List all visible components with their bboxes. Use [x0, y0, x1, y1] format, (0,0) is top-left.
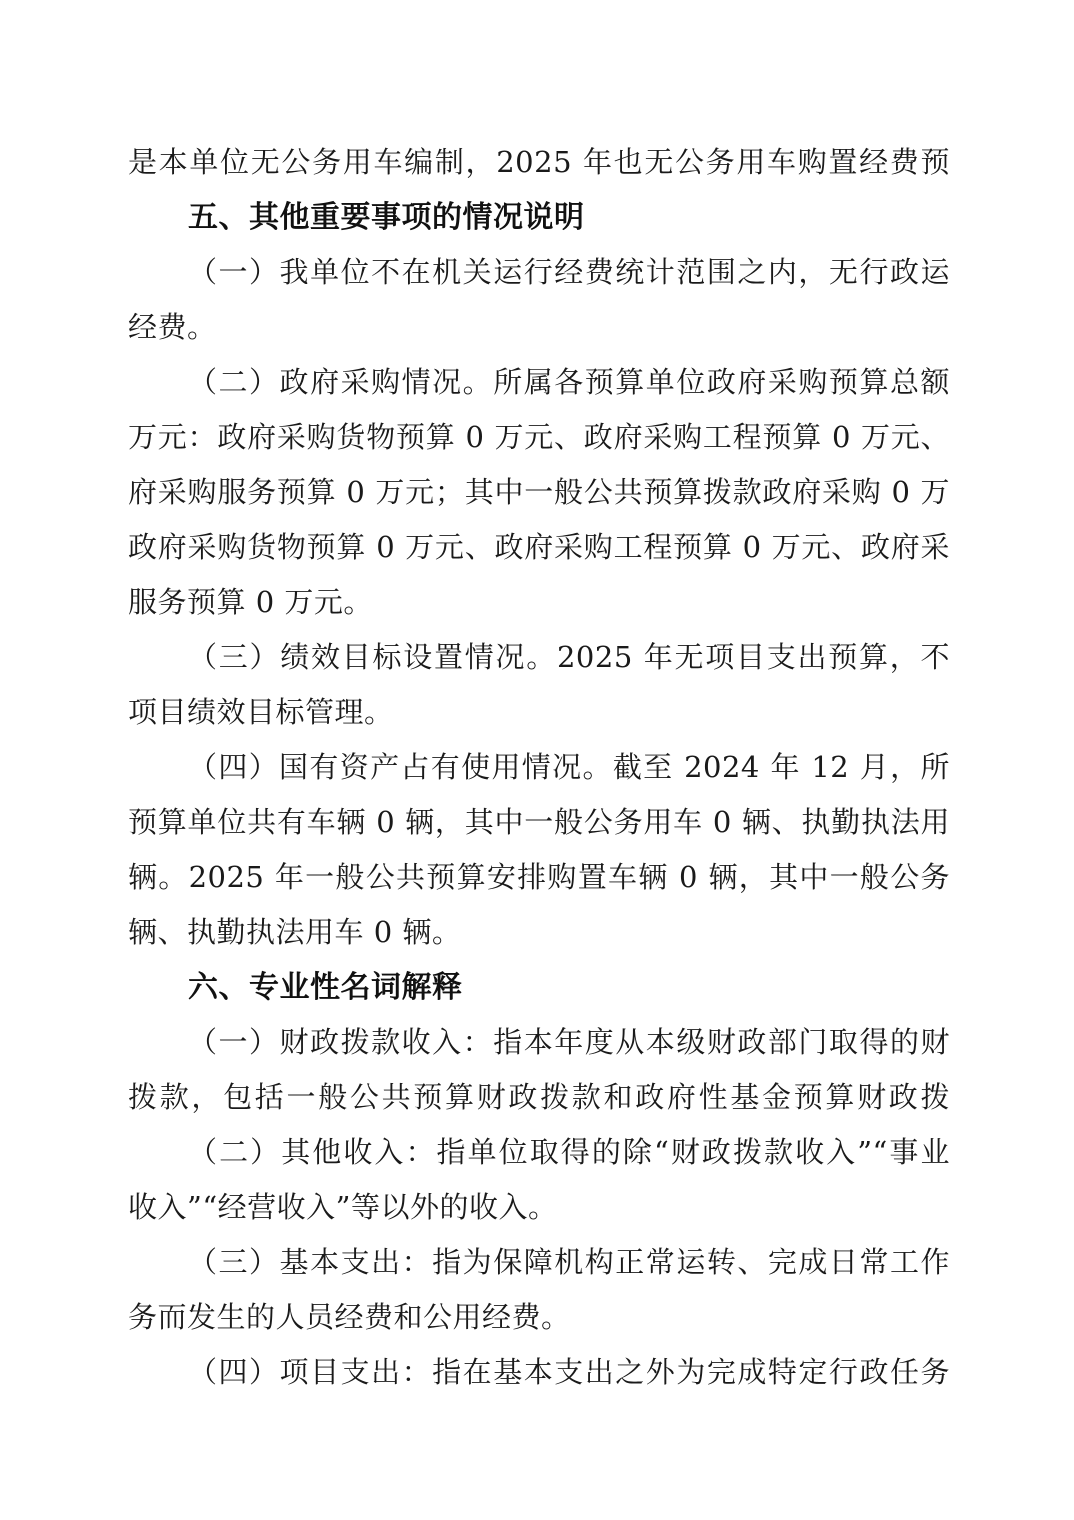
text-line: 务而发生的人员经费和公用经费。 — [128, 1290, 950, 1345]
text-line: 辆。2025 年一般公共预算安排购置车辆 0 辆，其中一般公务用车 — [128, 850, 950, 905]
text-line: 服务预算 0 万元。 — [128, 575, 950, 630]
document-page: 是本单位无公务用车编制，2025 年也无公务用车购置经费预算。 五、其他重要事项… — [0, 0, 1074, 1520]
section-heading-6: 六、专业性名词解释 — [128, 960, 950, 1015]
text-line: 辆、执勤执法用车 0 辆。 — [128, 905, 950, 960]
text-line: （一）我单位不在机关运行经费统计范围之内，无行政运行 — [128, 245, 950, 300]
section-heading-5: 五、其他重要事项的情况说明 — [128, 190, 950, 245]
text-line: （三）绩效目标设置情况。2025 年无项目支出预算，不涉及 — [128, 630, 950, 685]
text-line: 预算单位共有车辆 0 辆，其中一般公务用车 0 辆、执勤执法用车 — [128, 795, 950, 850]
text-line: 项目绩效目标管理。 — [128, 685, 950, 740]
text-line: 拨款，包括一般公共预算财政拨款和政府性基金预算财政拨款。 — [128, 1070, 950, 1125]
text-line: 万元：政府采购货物预算 0 万元、政府采购工程预算 0 万元、政 — [128, 410, 950, 465]
text-line: 政府采购货物预算 0 万元、政府采购工程预算 0 万元、政府采购 — [128, 520, 950, 575]
text-line: 收入”“经营收入”等以外的收入。 — [128, 1180, 950, 1235]
text-line: （四）项目支出：指在基本支出之外为完成特定行政任务和 — [128, 1345, 950, 1400]
text-line: 是本单位无公务用车编制，2025 年也无公务用车购置经费预算。 — [128, 135, 950, 190]
text-line: （三）基本支出：指为保障机构正常运转、完成日常工作任 — [128, 1235, 950, 1290]
text-line: （二）政府采购情况。所属各预算单位政府采购预算总额 0 — [128, 355, 950, 410]
text-line: 府采购服务预算 0 万元；其中一般公共预算拨款政府采购 0 万元： — [128, 465, 950, 520]
text-line: 经费。 — [128, 300, 950, 355]
text-block: 是本单位无公务用车编制，2025 年也无公务用车购置经费预算。 五、其他重要事项… — [128, 135, 950, 1400]
text-line: （一）财政拨款收入：指本年度从本级财政部门取得的财政 — [128, 1015, 950, 1070]
text-line: （四）国有资产占有使用情况。截至 2024 年 12 月，所属各 — [128, 740, 950, 795]
text-line: （二）其他收入：指单位取得的除“财政拨款收入”“事业 — [128, 1125, 950, 1180]
